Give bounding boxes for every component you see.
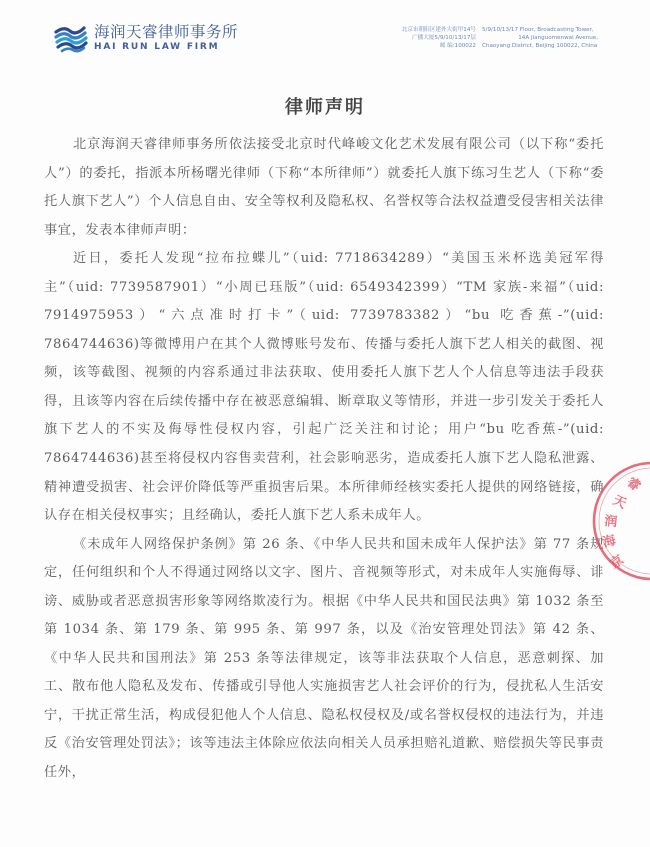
svg-text:睿: 睿	[623, 474, 643, 495]
firm-logo: 海润天睿律师事务所 HAI RUN LAW FIRM	[54, 22, 238, 54]
svg-text:天: 天	[610, 493, 628, 512]
firm-name-cn: 海润天睿律师事务所	[94, 23, 238, 41]
wave-stripes-icon	[54, 22, 88, 54]
firm-name-en: HAI RUN LAW FIRM	[94, 41, 238, 53]
paragraph-legal-basis: 《未成年人网络保护条例》第 26 条、《中华人民共和国未成年人保护法》第 77 …	[44, 531, 604, 788]
document-body: 北京海润天睿律师事务所依法接受北京时代峰峻文化艺术发展有限公司（以下称“委托人”…	[44, 131, 604, 788]
address-chinese: 北京市朝阳区建外大街甲14号 广播大厦5/9/10/13/17层 邮 编:100…	[356, 26, 476, 51]
address-en-line: Chaoyang District, Beijing 100022, China	[482, 42, 622, 50]
svg-text:润: 润	[603, 513, 618, 530]
address-cn-line: 北京市朝阳区建外大街甲14号	[356, 26, 476, 34]
address-cn-line: 邮 编:100022	[356, 42, 476, 50]
paragraph-facts: 近日，委托人发现“拉布拉蝶儿”（uid: 7718634289）“美国玉米杯选美…	[44, 245, 604, 530]
svg-text:海: 海	[601, 532, 619, 551]
address-en-line: 14A Jianguomenwai Avenue,	[482, 34, 622, 42]
address-cn-line: 广播大厦5/9/10/13/17层	[356, 34, 476, 42]
document-title: 律师声明	[0, 93, 650, 119]
svg-text:京: 京	[607, 552, 627, 573]
paragraph-intro: 北京海润天睿律师事务所依法接受北京时代峰峻文化艺术发展有限公司（以下称“委托人”…	[44, 131, 604, 245]
address-english: 5/9/10/13/17 Floor, Broadcasting Tower, …	[482, 26, 622, 51]
address-en-line: 5/9/10/13/17 Floor, Broadcasting Tower,	[482, 26, 622, 34]
red-seal-stamp-icon: 睿 天 润 海 京	[590, 455, 650, 587]
